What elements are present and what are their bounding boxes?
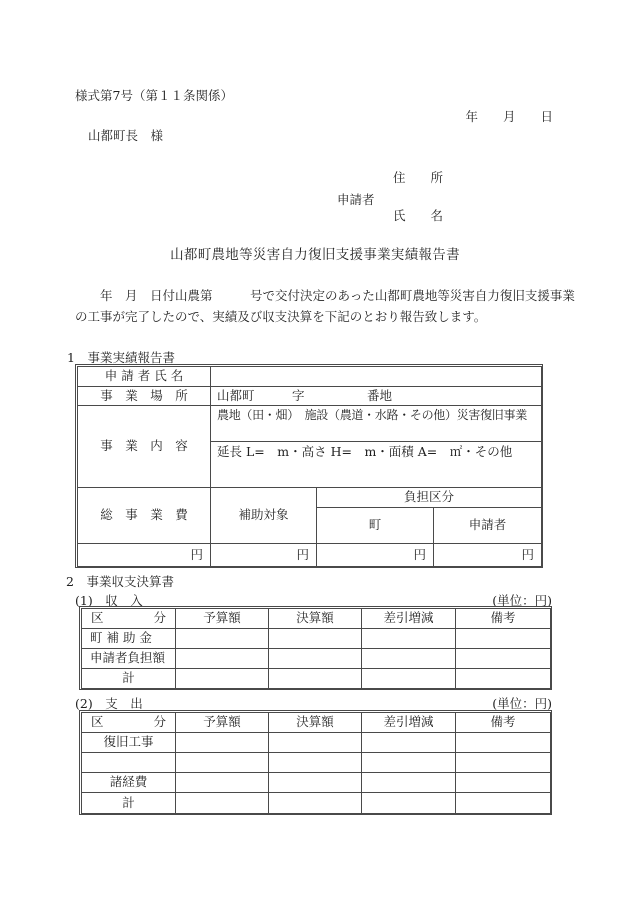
expense-cell (456, 733, 551, 753)
project-report-grid: 申 請 者 氏 名 事 業 場 所 山都町 字 番地 事 業 内 容 農地（田・… (77, 366, 542, 567)
income-grid: 区 分 予算額 決算額 差引増減 備考 町 補 助 金 申請者負担額 (81, 608, 551, 689)
applicant-name-value-cell (211, 367, 542, 387)
expense-cell (269, 793, 362, 814)
content-dimensions-cell: 延長 L= m・高さ H= m・面積 A= ㎡・その他 (211, 442, 542, 488)
expense-cell (176, 733, 269, 753)
income-cell (456, 669, 551, 689)
expense-table: 区 分 予算額 決算額 差引増減 備考 復旧工事 諸 (79, 710, 552, 815)
expense-cell (176, 753, 269, 773)
income-cell (269, 629, 362, 649)
expense-cell (269, 733, 362, 753)
expense-cell (176, 773, 269, 793)
applicant-name-label: 氏 名 (393, 209, 443, 223)
expense-cell (269, 773, 362, 793)
location-value-cell: 山都町 字 番地 (211, 387, 542, 406)
expense-header-settlement: 決算額 (269, 713, 362, 733)
income-cell (176, 669, 269, 689)
expense-cell (269, 753, 362, 773)
document-page: 様式第7号（第１１条関係） 年 月 日 山都町長 様 住 所 申請者 氏 名 山… (0, 0, 630, 903)
applicant-label: 申請者 (337, 193, 375, 207)
income-cell (269, 649, 362, 669)
burden-division-cell: 負担区分 (317, 488, 542, 508)
income-table: 区 分 予算額 決算額 差引増減 備考 町 補 助 金 申請者負担額 (79, 606, 552, 690)
income-cell (456, 629, 551, 649)
applicant-yen-cell: 円 (434, 544, 542, 567)
income-row-total-label: 計 (82, 669, 176, 689)
expense-cell (362, 773, 456, 793)
expense-cell (362, 793, 456, 814)
income-header-remarks: 備考 (456, 609, 551, 629)
expense-cell (456, 773, 551, 793)
expense-header-category: 区 分 (82, 713, 176, 733)
document-title: 山都町農地等災害自力復旧支援事業実績報告書 (0, 248, 630, 264)
income-cell (456, 649, 551, 669)
expense-cell (456, 793, 551, 814)
income-header-settlement: 決算額 (269, 609, 362, 629)
body-text-line2: の工事が完了したので、実績及び収支決算を下記のとおり報告致します。 (75, 310, 486, 324)
expense-cell (456, 753, 551, 773)
income-cell (362, 649, 456, 669)
income-row-applicant-burden-label: 申請者負担額 (82, 649, 176, 669)
expense-row-total-label: 計 (82, 793, 176, 814)
subsidy-yen-cell: 円 (211, 544, 317, 567)
income-header-category: 区 分 (82, 609, 176, 629)
expense-row-misc-costs-label: 諸経費 (82, 773, 176, 793)
applicant-name-label-cell: 申 請 者 氏 名 (78, 367, 211, 387)
body-text-line1: 年 月 日付山農第 号で交付決定のあった山都町農地等災害自力復旧支援事業 (100, 289, 575, 303)
town-yen-cell: 円 (317, 544, 434, 567)
income-header-budget: 予算額 (176, 609, 269, 629)
section2-heading: 2 事業収支決算書 (66, 575, 174, 589)
expense-cell (362, 733, 456, 753)
town-column-cell: 町 (317, 508, 434, 544)
form-number: 様式第7号（第１１条関係） (75, 89, 233, 103)
income-cell (362, 669, 456, 689)
income-cell (362, 629, 456, 649)
expense-row-recovery-work-label: 復旧工事 (82, 733, 176, 753)
expense-header-budget: 予算額 (176, 713, 269, 733)
total-cost-yen-cell: 円 (78, 544, 211, 567)
subsidy-target-cell: 補助対象 (211, 488, 317, 544)
expense-grid: 区 分 予算額 決算額 差引増減 備考 復旧工事 諸 (81, 712, 551, 814)
income-cell (176, 649, 269, 669)
applicant-address-label: 住 所 (393, 171, 443, 185)
content-label-cell: 事 業 内 容 (78, 406, 211, 488)
income-cell (269, 669, 362, 689)
project-report-table: 申 請 者 氏 名 事 業 場 所 山都町 字 番地 事 業 内 容 農地（田・… (75, 364, 543, 568)
total-cost-label-cell: 総 事 業 費 (78, 488, 211, 544)
income-cell (176, 629, 269, 649)
expense-cell (176, 793, 269, 814)
expense-cell (362, 753, 456, 773)
location-label-cell: 事 業 場 所 (78, 387, 211, 406)
applicant-column-cell: 申請者 (434, 508, 542, 544)
expense-header-remarks: 備考 (456, 713, 551, 733)
income-row-town-subsidy-label: 町 補 助 金 (82, 629, 176, 649)
expense-header-difference: 差引増減 (362, 713, 456, 733)
addressee: 山都町長 様 (88, 129, 163, 143)
date-line: 年 月 日 (465, 110, 553, 124)
content-type-cell: 農地（田・畑） 施設（農道・水路・その他）災害復旧事業 (211, 406, 542, 442)
expense-row-blank-label (82, 753, 176, 773)
income-header-difference: 差引増減 (362, 609, 456, 629)
